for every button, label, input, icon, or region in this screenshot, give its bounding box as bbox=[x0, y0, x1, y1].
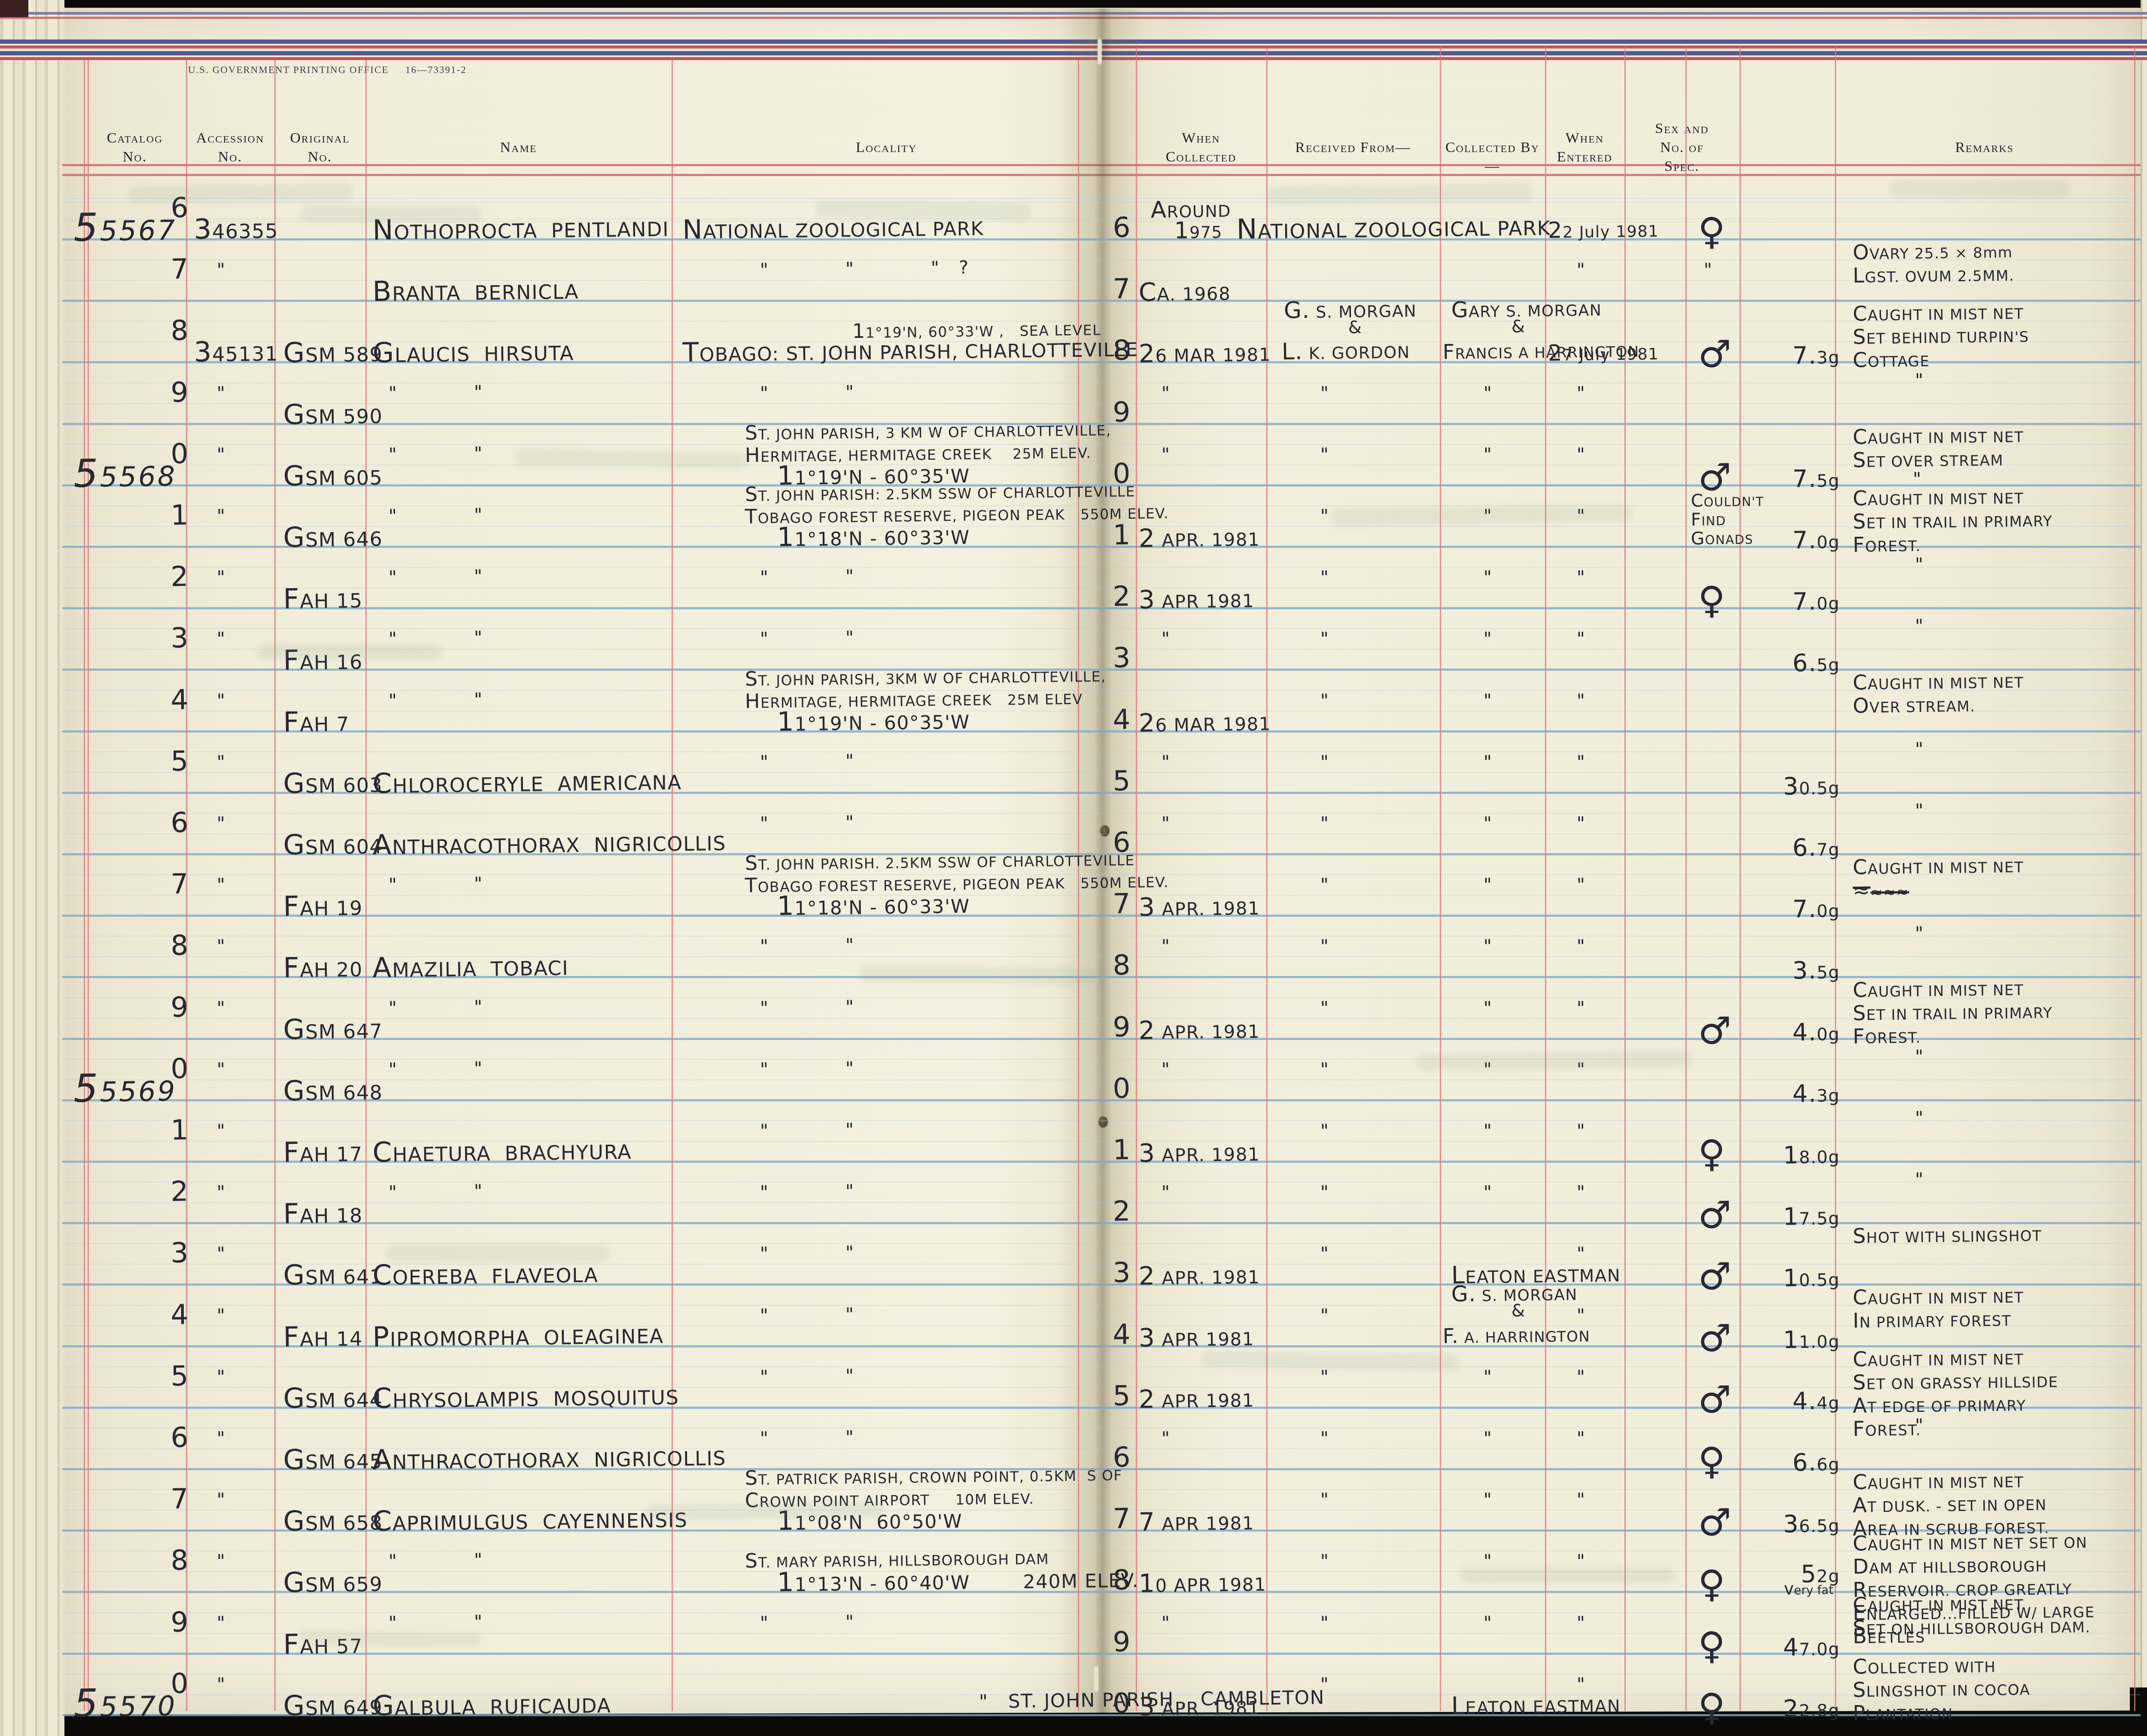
catalog-row-digit: 0 bbox=[170, 440, 189, 468]
book-page-edges-right bbox=[2141, 0, 2147, 1736]
accession-ditto: " bbox=[216, 1675, 225, 1693]
species-name: CHLOROCERYLE AMERICANA bbox=[372, 766, 682, 798]
weight: 30.5g bbox=[1741, 774, 1840, 800]
column-header-name: Name bbox=[365, 138, 672, 157]
when-collected: 3 APR 1981 bbox=[1138, 586, 1254, 613]
ruled-line bbox=[62, 198, 2141, 199]
remarks-line: DAM AT HILLSBOROUGH bbox=[1852, 1555, 2047, 1578]
accession-ditto: " bbox=[216, 507, 225, 525]
when-collected: 2 APR. 1981 bbox=[1138, 525, 1260, 551]
ledger-scan: U.S. GOVERNMENT PRINTING OFFICE 16—73391… bbox=[0, 0, 2147, 1736]
locality: 11°19'N - 60°35'W bbox=[777, 706, 970, 735]
when-collected: AROUND bbox=[1150, 198, 1231, 222]
rightpage-row-digit: 5 bbox=[1113, 1382, 1131, 1410]
ruled-line bbox=[62, 1428, 2141, 1429]
locality-ditto: " " bbox=[760, 813, 854, 833]
accession-ditto: " bbox=[216, 1122, 225, 1140]
received-from-ditto: " bbox=[1320, 446, 1329, 464]
remarks-line: SET ON GRASSY HILLSIDE bbox=[1852, 1370, 2058, 1393]
remarks-line: CAUGHT IN MIST NET bbox=[1852, 1593, 2024, 1616]
ruled-line bbox=[62, 730, 2141, 733]
when-collected: 2 APR 1981 bbox=[1138, 1386, 1254, 1412]
sex-symbol: ♂ bbox=[1698, 1320, 1732, 1358]
remarks-line: AT EDGE OF PRIMARY bbox=[1852, 1394, 2026, 1417]
locality-ditto: " " bbox=[760, 568, 854, 587]
name-ditto: " " bbox=[388, 998, 483, 1017]
when-collected-ditto: " bbox=[1161, 1061, 1170, 1079]
received-from-ditto: " bbox=[1320, 753, 1329, 771]
bleedthrough-artifact bbox=[515, 449, 747, 469]
when-collected: 3 APR. 1981 bbox=[1138, 894, 1260, 920]
remarks-line: CAUGHT IN MIST NET bbox=[1852, 1470, 2024, 1493]
ruled-line bbox=[62, 711, 2141, 711]
sex-symbol: ♀ bbox=[1698, 1689, 1726, 1727]
collected-by: F. A. HARRINGTON bbox=[1442, 1324, 1590, 1347]
ruled-line bbox=[62, 567, 2141, 568]
original-number: FAH 17 bbox=[283, 1138, 363, 1167]
ruled-line bbox=[62, 259, 2141, 260]
original-number: FAH 15 bbox=[283, 585, 363, 614]
rightpage-row-digit: 8 bbox=[1113, 952, 1131, 980]
collected-by: LEATON EASTMAN bbox=[1451, 1692, 1621, 1718]
ruled-line bbox=[62, 1182, 2141, 1183]
when-entered-ditto: " bbox=[1576, 999, 1585, 1017]
when-entered-ditto: " bbox=[1576, 1183, 1585, 1201]
catalog-row-digit: 9 bbox=[170, 379, 189, 407]
ruled-line bbox=[62, 587, 2141, 588]
species-name: ANTHRACOTHORAX NIGRICOLLIS bbox=[372, 1442, 726, 1474]
accession-ditto: " bbox=[216, 937, 225, 955]
rightpage-row-digit: 7 bbox=[1113, 1505, 1131, 1533]
accession-ditto: " bbox=[216, 630, 225, 648]
bleedthrough-artifact bbox=[644, 1501, 885, 1521]
collected-by-ditto: " bbox=[1483, 815, 1492, 833]
received-from-ditto: " bbox=[1320, 937, 1329, 955]
book-page-edges-left bbox=[0, 0, 64, 1736]
original-number: GSM 647 bbox=[283, 1015, 383, 1044]
ruled-line bbox=[62, 1551, 2141, 1551]
sex-note: FIND bbox=[1691, 511, 1726, 529]
locality-detail-line: ST. PATRICK PARISH, CROWN POINT, 0.5KM S… bbox=[745, 1463, 1122, 1488]
weight: 7.5g bbox=[1741, 467, 1840, 492]
ruled-line bbox=[62, 202, 2141, 203]
original-number: FAH 14 bbox=[283, 1323, 363, 1351]
locality-ditto: " " bbox=[760, 1059, 854, 1079]
locality-ditto: " " bbox=[760, 1613, 854, 1632]
remarks-line: CAUGHT IN MIST NET SET ON bbox=[1852, 1531, 2087, 1554]
name-ditto: " " bbox=[388, 875, 483, 894]
sex-symbol: ♀ bbox=[1698, 1135, 1726, 1173]
bleedthrough-artifact bbox=[129, 183, 353, 203]
original-number: GSM 645 bbox=[283, 1445, 383, 1474]
catalog-row-digit: 3 bbox=[170, 1240, 189, 1268]
remarks-ditto: " bbox=[1915, 1048, 1924, 1066]
received-from: L. K. GORDON bbox=[1281, 339, 1410, 364]
weight: 4.4g bbox=[1741, 1389, 1840, 1414]
locality-ditto: " " bbox=[760, 1244, 854, 1263]
weight: 10.5g bbox=[1741, 1266, 1840, 1292]
ruled-line bbox=[62, 628, 2141, 629]
rightpage-row-digit: 4 bbox=[1113, 1321, 1131, 1349]
catalog-row-digit: 8 bbox=[170, 1547, 189, 1575]
received-from-ditto: " bbox=[1320, 569, 1329, 587]
remarks-line: CAUGHT IN MIST NET bbox=[1852, 979, 2024, 1001]
catalog-row-digit: 9 bbox=[170, 1608, 189, 1636]
name-ditto: " " bbox=[388, 690, 483, 710]
weight: 6.5g bbox=[1741, 651, 1840, 677]
column-rule bbox=[1440, 47, 1441, 1711]
column-header-sex-spec: Sex and No. of Spec. bbox=[1624, 119, 1739, 176]
original-number: GSM 648 bbox=[283, 1076, 383, 1105]
locality-ditto: " " bbox=[760, 998, 854, 1017]
remarks-ditto: " bbox=[1915, 1171, 1924, 1189]
when-entered-ditto: " bbox=[1576, 630, 1585, 648]
remarks-ditto: " bbox=[1915, 1417, 1924, 1435]
species-name: GALBULA RUFICAUDA bbox=[372, 1690, 611, 1720]
catalog-row-digit: 6 bbox=[170, 1424, 189, 1452]
when-collected-ditto: " bbox=[1161, 1183, 1170, 1201]
when-collected-ditto: " bbox=[1161, 753, 1170, 771]
column-header-locality: Locality bbox=[672, 138, 1101, 157]
rightpage-row-digit: 9 bbox=[1113, 1013, 1131, 1041]
remarks-line: PLANTATION bbox=[1852, 1702, 1953, 1724]
remarks-ditto: " bbox=[1915, 740, 1924, 758]
bleedthrough-artifact bbox=[1267, 183, 1533, 206]
printer-imprint: U.S. GOVERNMENT PRINTING OFFICE 16—73391… bbox=[188, 64, 467, 76]
locality-ditto: " " bbox=[760, 1183, 854, 1202]
name-ditto: " " bbox=[388, 568, 483, 587]
weight: 6.7g bbox=[1741, 836, 1840, 861]
name-ditto: " " bbox=[388, 444, 483, 464]
ruled-line bbox=[62, 1674, 2141, 1675]
original-number: GSM 590 bbox=[283, 400, 383, 429]
when-entered-ditto: " bbox=[1576, 1306, 1585, 1324]
catalog-row-digit: 4 bbox=[170, 686, 189, 714]
remarks-line: CAUGHT IN MIST NET bbox=[1852, 671, 2024, 693]
remarks-line: SLINGSHOT IN COCOA bbox=[1852, 1678, 2030, 1701]
ruled-line bbox=[62, 690, 2141, 691]
received-from-ditto: " bbox=[1320, 507, 1329, 525]
accession-ditto: " bbox=[216, 569, 225, 587]
ruled-line bbox=[62, 1489, 2141, 1490]
received-from-ditto: " bbox=[1320, 1245, 1329, 1263]
when-entered-ditto: " bbox=[1576, 446, 1585, 464]
name-ditto: " " bbox=[388, 506, 483, 525]
original-number: FAH 19 bbox=[283, 892, 363, 921]
remarks-line: IN PRIMARY FOREST bbox=[1852, 1309, 2011, 1332]
sex-symbol: ♂ bbox=[1698, 1381, 1732, 1419]
collected-by-ditto: " bbox=[1483, 753, 1492, 771]
received-from-ditto: " bbox=[1320, 1183, 1329, 1201]
remarks-ditto: " bbox=[1915, 1109, 1924, 1127]
collected-by-ditto: " bbox=[1483, 1122, 1492, 1140]
original-number: GSM 646 bbox=[283, 523, 383, 552]
when-collected-ditto: " bbox=[1161, 630, 1170, 648]
column-rule bbox=[84, 60, 85, 1711]
locality-ditto: " " bbox=[760, 1121, 854, 1140]
catalog-row-digit: 5 bbox=[170, 1362, 189, 1390]
remarks-ditto: " bbox=[1913, 470, 1922, 488]
weight: 7.0g bbox=[1741, 590, 1840, 615]
remarks-line: FOREST. bbox=[1852, 534, 1921, 556]
rightpage-row-digit: 9 bbox=[1113, 1628, 1131, 1656]
original-number: GSM 659 bbox=[283, 1569, 383, 1597]
original-number: FAH 18 bbox=[283, 1200, 363, 1228]
remarks-line: COTTAGE bbox=[1852, 350, 1930, 371]
sex-symbol: ♀ bbox=[1698, 1627, 1726, 1665]
original-number: GSM 604 bbox=[283, 830, 383, 859]
rightpage-row-digit: 5 bbox=[1113, 767, 1131, 795]
received-from-ditto: " bbox=[1320, 1552, 1329, 1570]
binding-hole bbox=[1098, 1116, 1108, 1128]
binding-thread bbox=[1098, 39, 1102, 64]
sex-note: COULDN'T bbox=[1691, 491, 1764, 510]
remarks-line: CAUGHT IN MIST NET bbox=[1852, 425, 2024, 447]
locality-ditto: " " bbox=[760, 752, 854, 771]
binding-thread bbox=[1094, 1666, 1098, 1692]
accession-ditto: " bbox=[216, 1614, 225, 1632]
weight: 7.0g bbox=[1741, 897, 1840, 922]
when-entered-ditto: " bbox=[1576, 261, 1585, 279]
locality-detail-line: ST. JOHN PARISH, 3KM W OF CHARLOTTEVILLE… bbox=[745, 664, 1106, 688]
when-entered-ditto: " bbox=[1576, 1675, 1585, 1693]
remarks-line: CAUGHT IN MIST NET bbox=[1852, 302, 2024, 324]
received-from-ditto: " bbox=[1320, 384, 1329, 402]
sex-ditto: " bbox=[1703, 261, 1712, 279]
catalog-row-digit: 4 bbox=[170, 1301, 189, 1329]
received-from-ditto: " bbox=[1320, 691, 1329, 709]
remarks-line: SET OVER STREAM bbox=[1852, 448, 2004, 471]
rightpage-row-digit: 1 bbox=[1113, 1136, 1131, 1164]
collected-by-ditto: " bbox=[1483, 999, 1492, 1017]
accession-ditto: " bbox=[216, 1245, 225, 1263]
received-from-ditto: " bbox=[1320, 815, 1329, 833]
received-from-ditto: " bbox=[1320, 1368, 1329, 1386]
collected-by: GARY S. MORGAN bbox=[1451, 298, 1602, 321]
collected-by-ditto: " bbox=[1483, 937, 1492, 955]
rightpage-row-digit: 9 bbox=[1113, 398, 1131, 426]
when-collected-ditto: " bbox=[1161, 1429, 1170, 1447]
catalog-row-digit: 2 bbox=[170, 1178, 189, 1206]
weight: 3.5g bbox=[1741, 959, 1840, 984]
ruled-line bbox=[62, 895, 2141, 896]
accession-ditto: " bbox=[216, 815, 225, 833]
when-entered-ditto: " bbox=[1576, 1245, 1585, 1263]
species-name: PIPROMORPHA OLEAGINEA bbox=[372, 1320, 664, 1351]
sex-symbol: ♂ bbox=[1698, 1012, 1732, 1050]
catalog-row-digit: 3 bbox=[170, 625, 189, 653]
received-from-ditto: " bbox=[1320, 630, 1329, 648]
catalog-number: 55570 bbox=[73, 1684, 177, 1724]
ruled-line bbox=[62, 1243, 2141, 1244]
received-from-ditto: " bbox=[1320, 1122, 1329, 1140]
catalog-row-digit: 8 bbox=[170, 317, 189, 345]
weight: 4.0g bbox=[1741, 1020, 1840, 1046]
original-number: FAH 20 bbox=[283, 954, 363, 982]
column-header-remarks: Remarks bbox=[1835, 138, 2134, 157]
collected-by-ditto: " bbox=[1483, 1429, 1492, 1447]
accession-ditto: " bbox=[216, 1306, 225, 1324]
when-collected-ditto: " bbox=[1161, 384, 1170, 402]
sex-symbol: ♂ bbox=[1698, 1197, 1732, 1234]
locality: 11°18'N - 60°33'W bbox=[777, 891, 970, 920]
column-rule bbox=[1624, 47, 1626, 1711]
ruled-line bbox=[62, 1612, 2141, 1613]
column-header-catalog: Catalog No. bbox=[84, 129, 186, 167]
when-collected: 2 APR. 1981 bbox=[1138, 1016, 1260, 1043]
remarks-line: AT DUSK. - SET IN OPEN bbox=[1852, 1493, 2047, 1516]
received-from-ditto: " bbox=[1320, 1614, 1329, 1632]
original-number: GSM 605 bbox=[283, 462, 383, 490]
column-header-when-collected: When Collected bbox=[1136, 129, 1266, 167]
catalog-row-digit: 5 bbox=[170, 748, 189, 775]
catalog-row-digit: 7 bbox=[170, 871, 189, 899]
when-collected: 26 MAR 1981 bbox=[1138, 340, 1271, 367]
ruled-line bbox=[62, 1059, 2141, 1060]
remarks-line: SET ON HILLSBOROUGH DAM. bbox=[1852, 1616, 2090, 1639]
collected-by-ditto: " bbox=[1483, 630, 1492, 648]
remarks-line: CAUGHT IN MIST NET bbox=[1852, 855, 2024, 878]
remarks-line: FOREST. bbox=[1852, 1418, 1921, 1440]
rightpage-row-digit: 6 bbox=[1113, 214, 1131, 242]
when-entered-ditto: " bbox=[1576, 1122, 1585, 1140]
sex-symbol: ♀ bbox=[1698, 213, 1726, 251]
column-header-when-entered: When Entered bbox=[1545, 129, 1624, 167]
species-name: CHAETURA BRACHYURA bbox=[372, 1136, 632, 1167]
collected-by-ditto: " bbox=[1483, 446, 1492, 464]
when-collected: CA. 1968 bbox=[1138, 279, 1231, 305]
sex-symbol: ♀ bbox=[1698, 1566, 1726, 1604]
original-number: GSM 589 bbox=[283, 339, 383, 368]
locality-ditto: " " " ? bbox=[760, 258, 969, 279]
bleedthrough-artifact bbox=[859, 964, 1100, 985]
column-rule bbox=[274, 60, 276, 1711]
received-from: & bbox=[1348, 319, 1362, 336]
when-entered-ditto: " bbox=[1576, 1368, 1585, 1386]
when-collected-ditto: " bbox=[1161, 446, 1170, 464]
original-number: GSM 644 bbox=[283, 1384, 383, 1413]
collected-by: & bbox=[1511, 1302, 1526, 1319]
rightpage-row-digit: 1 bbox=[1113, 521, 1131, 549]
accession-ditto: " bbox=[216, 1183, 225, 1201]
accession-ditto: " bbox=[216, 753, 225, 771]
sex-symbol: ♂ bbox=[1698, 336, 1732, 374]
accession-ditto: " bbox=[216, 1368, 225, 1386]
received-from-ditto: " bbox=[1320, 999, 1329, 1017]
when-entered-ditto: " bbox=[1576, 937, 1585, 955]
bleedthrough-artifact bbox=[301, 206, 481, 222]
accession-ditto: " bbox=[216, 1061, 225, 1079]
rightpage-row-digit: 0 bbox=[1113, 1075, 1131, 1103]
catalog-number: 55567 bbox=[73, 208, 177, 248]
scan-background-corner bbox=[0, 0, 28, 17]
bleedthrough-artifact bbox=[258, 644, 442, 660]
rightpage-row-digit: 2 bbox=[1113, 583, 1131, 611]
when-entered-ditto: " bbox=[1576, 1491, 1585, 1509]
received-from-ditto: " bbox=[1320, 1306, 1329, 1324]
species-name: COEREBA FLAVEOLA bbox=[372, 1259, 598, 1290]
weight-note: very fat bbox=[1735, 1581, 1834, 1599]
species-name: AMAZILIA TOBACI bbox=[372, 952, 569, 982]
when-collected: 26 MAR 1981 bbox=[1138, 709, 1271, 736]
ruled-line bbox=[62, 444, 2141, 445]
column-header-collected-by: Collected By— bbox=[1440, 138, 1545, 176]
remarks-ditto: " bbox=[1915, 371, 1924, 389]
catalog-row-digit: 6 bbox=[170, 809, 189, 837]
column-header-accession: Accession No. bbox=[186, 129, 274, 167]
when-entered-ditto: " bbox=[1576, 876, 1585, 894]
binding-hole bbox=[1100, 825, 1110, 836]
catalog-row-digit: 0 bbox=[170, 1670, 189, 1698]
accession-ditto: " bbox=[216, 384, 225, 402]
when-collected: 2 APR. 1981 bbox=[1138, 1262, 1260, 1289]
rightpage-row-digit: 3 bbox=[1113, 1259, 1131, 1287]
when-collected-ditto: " bbox=[1161, 1614, 1170, 1632]
when-collected-ditto: " bbox=[1161, 937, 1170, 955]
received-from-ditto: " bbox=[1320, 876, 1329, 894]
column-header-original: Original No. bbox=[274, 129, 365, 167]
remarks-line: LGST. OVUM 2.5MM. bbox=[1852, 264, 2014, 286]
remarks-line: CAUGHT IN MIST NET bbox=[1852, 486, 2024, 509]
ruled-line bbox=[62, 997, 2141, 998]
remarks-line: OVER STREAM. bbox=[1852, 695, 1975, 717]
species-name: CAPRIMULGUS CAYENNENSIS bbox=[372, 1504, 688, 1535]
species-name: CHRYSOLAMPIS MOSQUITUS bbox=[372, 1381, 679, 1413]
accession-ditto: " bbox=[216, 1491, 225, 1509]
bleedthrough-artifact bbox=[386, 1245, 610, 1262]
collected-by-ditto: " bbox=[1483, 569, 1492, 587]
accession-ditto: " bbox=[216, 261, 225, 279]
catalog-row-digit: 8 bbox=[170, 932, 189, 960]
collected-by-ditto: " bbox=[1483, 384, 1492, 402]
collected-by: & bbox=[1511, 318, 1526, 335]
locality-ditto: " " bbox=[760, 936, 854, 956]
when-collected: 7 APR 1981 bbox=[1138, 1508, 1254, 1535]
when-entered: 22 July 1981 bbox=[1548, 219, 1659, 242]
species-name: BRANTA BERNICLA bbox=[372, 276, 579, 306]
locality: 11°13'N - 60°40'W 240M ELEV. bbox=[777, 1565, 1139, 1596]
locality-ditto: " " bbox=[760, 1367, 854, 1386]
bleedthrough-artifact bbox=[301, 1630, 481, 1648]
remarks-line: COLLECTED WITH bbox=[1852, 1655, 1996, 1678]
remarks-line: CAUGHT IN MIST NET bbox=[1852, 1286, 2024, 1308]
catalog-row-digit: 7 bbox=[170, 1486, 189, 1514]
when-entered-ditto: " bbox=[1576, 753, 1585, 771]
sex-symbol: ♂ bbox=[1698, 1504, 1732, 1542]
sex-symbol: ♀ bbox=[1698, 582, 1726, 620]
accession-number: 346355 bbox=[194, 215, 278, 244]
ruled-line bbox=[62, 813, 2141, 814]
weight: 36.5g bbox=[1741, 1512, 1840, 1537]
collected-by-ditto: " bbox=[1483, 1491, 1492, 1509]
species-name: GLAUCIS HIRSUTA bbox=[372, 337, 574, 368]
sex-symbol: ♀ bbox=[1698, 1443, 1726, 1481]
weight: 22.8g bbox=[1741, 1696, 1840, 1722]
collected-by-ditto: " bbox=[1483, 691, 1492, 709]
bleedthrough-artifact bbox=[1889, 180, 2070, 198]
name-ditto: " " bbox=[388, 1613, 483, 1632]
weight: 7.0g bbox=[1741, 528, 1840, 553]
weight: 4.3g bbox=[1741, 1082, 1840, 1107]
when-entered-ditto: " bbox=[1576, 691, 1585, 709]
rightpage-row-digit: 2 bbox=[1113, 1198, 1131, 1226]
locality-ditto: " " bbox=[760, 1428, 854, 1447]
collected-by-ditto: " bbox=[1483, 876, 1492, 894]
when-collected: 3 APR 1981 bbox=[1138, 1324, 1254, 1350]
remarks-line: CAUGHT IN MIST NET bbox=[1852, 1347, 2024, 1370]
locality-ditto: " " bbox=[760, 1305, 854, 1325]
weight: 47.0g bbox=[1741, 1635, 1840, 1660]
